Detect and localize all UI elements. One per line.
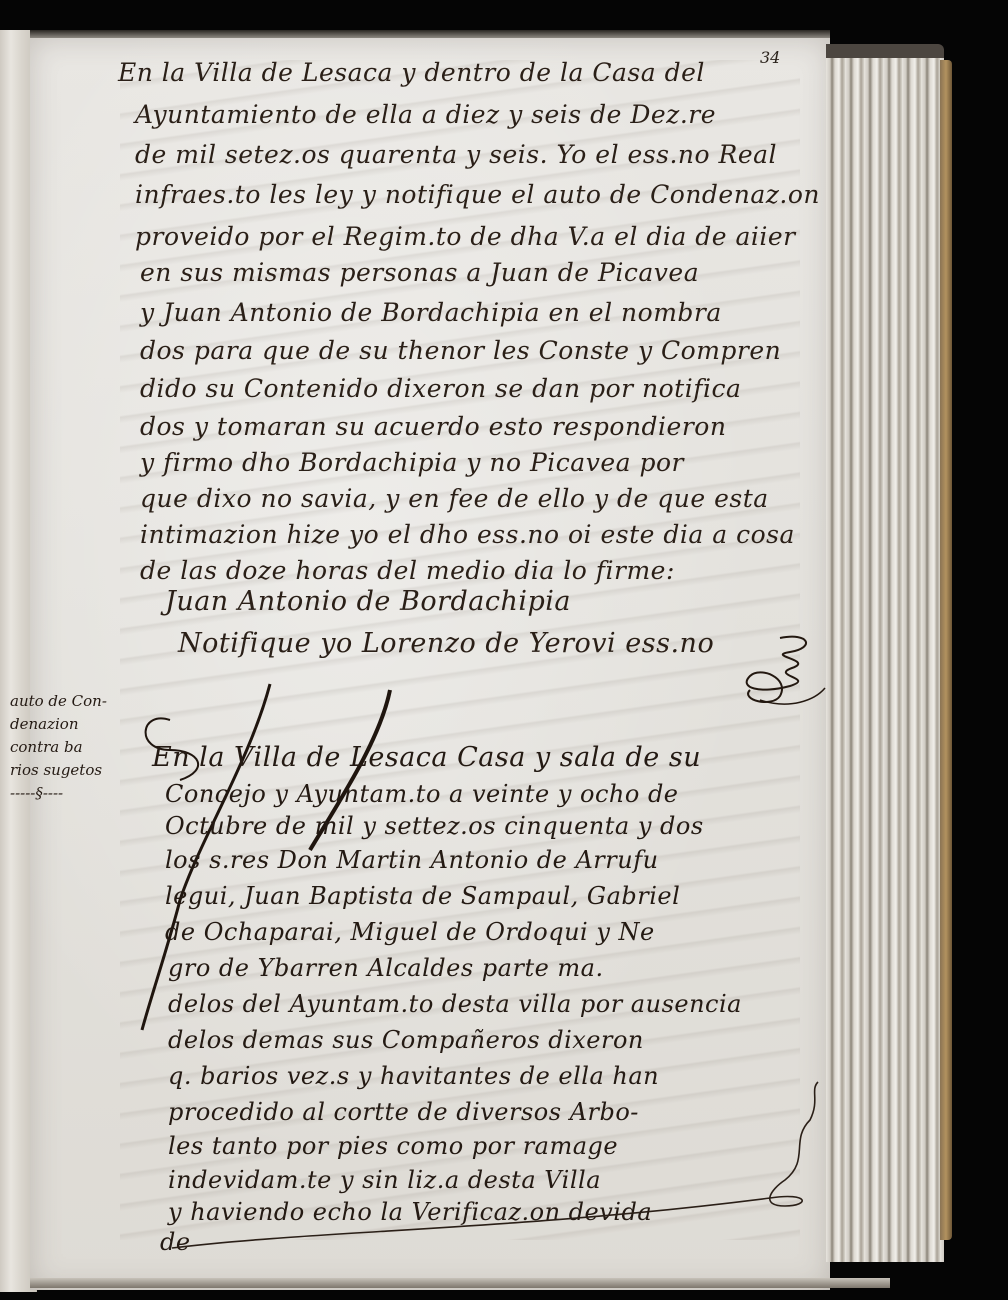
text-line: Concejo y Ayuntam.to a veinte y ocho de: [165, 780, 679, 808]
text-line: delos del Ayuntam.to desta villa por aus…: [168, 990, 742, 1018]
margin-line: auto de Con-: [10, 690, 160, 713]
text-line: de mil setez.os quarenta y seis. Yo el e…: [135, 140, 777, 169]
page-bottom-edge: [30, 1278, 890, 1288]
text-line: delos demas sus Compañeros dixeron: [168, 1026, 644, 1054]
text-line: En la Villa de Lesaca Casa y sala de su: [152, 742, 701, 773]
text-line: dos y tomaran su acuerdo esto respondier…: [140, 412, 726, 441]
book-cover-edge: [940, 60, 952, 1240]
text-line: legui, Juan Baptista de Sampaul, Gabriel: [165, 882, 680, 910]
text-line: de las doze horas del medio dia lo firme…: [140, 556, 675, 585]
margin-note: auto de Con- denazion contra ba rios sug…: [10, 690, 160, 805]
folio-number: 34: [760, 48, 780, 67]
text-line: y Juan Antonio de Bordachipia en el nomb…: [140, 298, 722, 327]
text-line: infraes.to les ley y notifique el auto d…: [135, 180, 820, 209]
text-line: procedido al cortte de diversos Arbo-: [168, 1098, 639, 1126]
text-line: dos para que de su thenor les Conste y C…: [140, 336, 781, 365]
text-line: intimazion hize yo el dho ess.no oi este…: [140, 520, 795, 549]
text-line: En la Villa de Lesaca y dentro de la Cas…: [118, 58, 705, 87]
margin-line: contra ba: [10, 736, 160, 759]
text-line: indevidam.te y sin liz.a desta Villa: [168, 1166, 601, 1194]
margin-line: -----§----: [10, 782, 160, 805]
text-line: les tanto por pies como por ramage: [168, 1132, 618, 1160]
text-line: en sus mismas personas a Juan de Picavea: [140, 258, 699, 287]
book-page-edges: [826, 44, 944, 1262]
text-line: q. barios vez.s y havitantes de ella han: [168, 1062, 659, 1090]
manuscript-scan: 34 En la Villa de Lesaca y dentro de la …: [0, 0, 1008, 1300]
text-line: los s.res Don Martin Antonio de Arrufu: [165, 846, 659, 874]
signature-notary-yerovi: Notifique yo Lorenzo de Yerovi ess.no: [178, 628, 714, 659]
text-line: gro de Ybarren Alcaldes parte ma.: [168, 954, 604, 982]
text-line: proveido por el Regim.to de dha V.a el d…: [135, 222, 796, 251]
text-line: que dixo no savia, y en fee de ello y de…: [140, 484, 769, 513]
signature-bordachipia: Juan Antonio de Bordachipia: [165, 586, 571, 617]
margin-line: denazion: [10, 713, 160, 736]
text-line: de: [160, 1228, 191, 1256]
text-line: y haviendo echo la Verificaz.on devida: [168, 1198, 652, 1226]
margin-line: rios sugetos: [10, 759, 160, 782]
text-line: y firmo dho Bordachipia y no Picavea por: [140, 448, 684, 477]
text-line: Octubre de mil y settez.os cinquenta y d…: [165, 812, 704, 840]
text-line: dido su Contenido dixeron se dan por not…: [140, 374, 741, 403]
text-line: Ayuntamiento de ella a diez y seis de De…: [135, 100, 716, 129]
text-line: de Ochaparai, Miguel de Ordoqui y Ne: [165, 918, 655, 946]
